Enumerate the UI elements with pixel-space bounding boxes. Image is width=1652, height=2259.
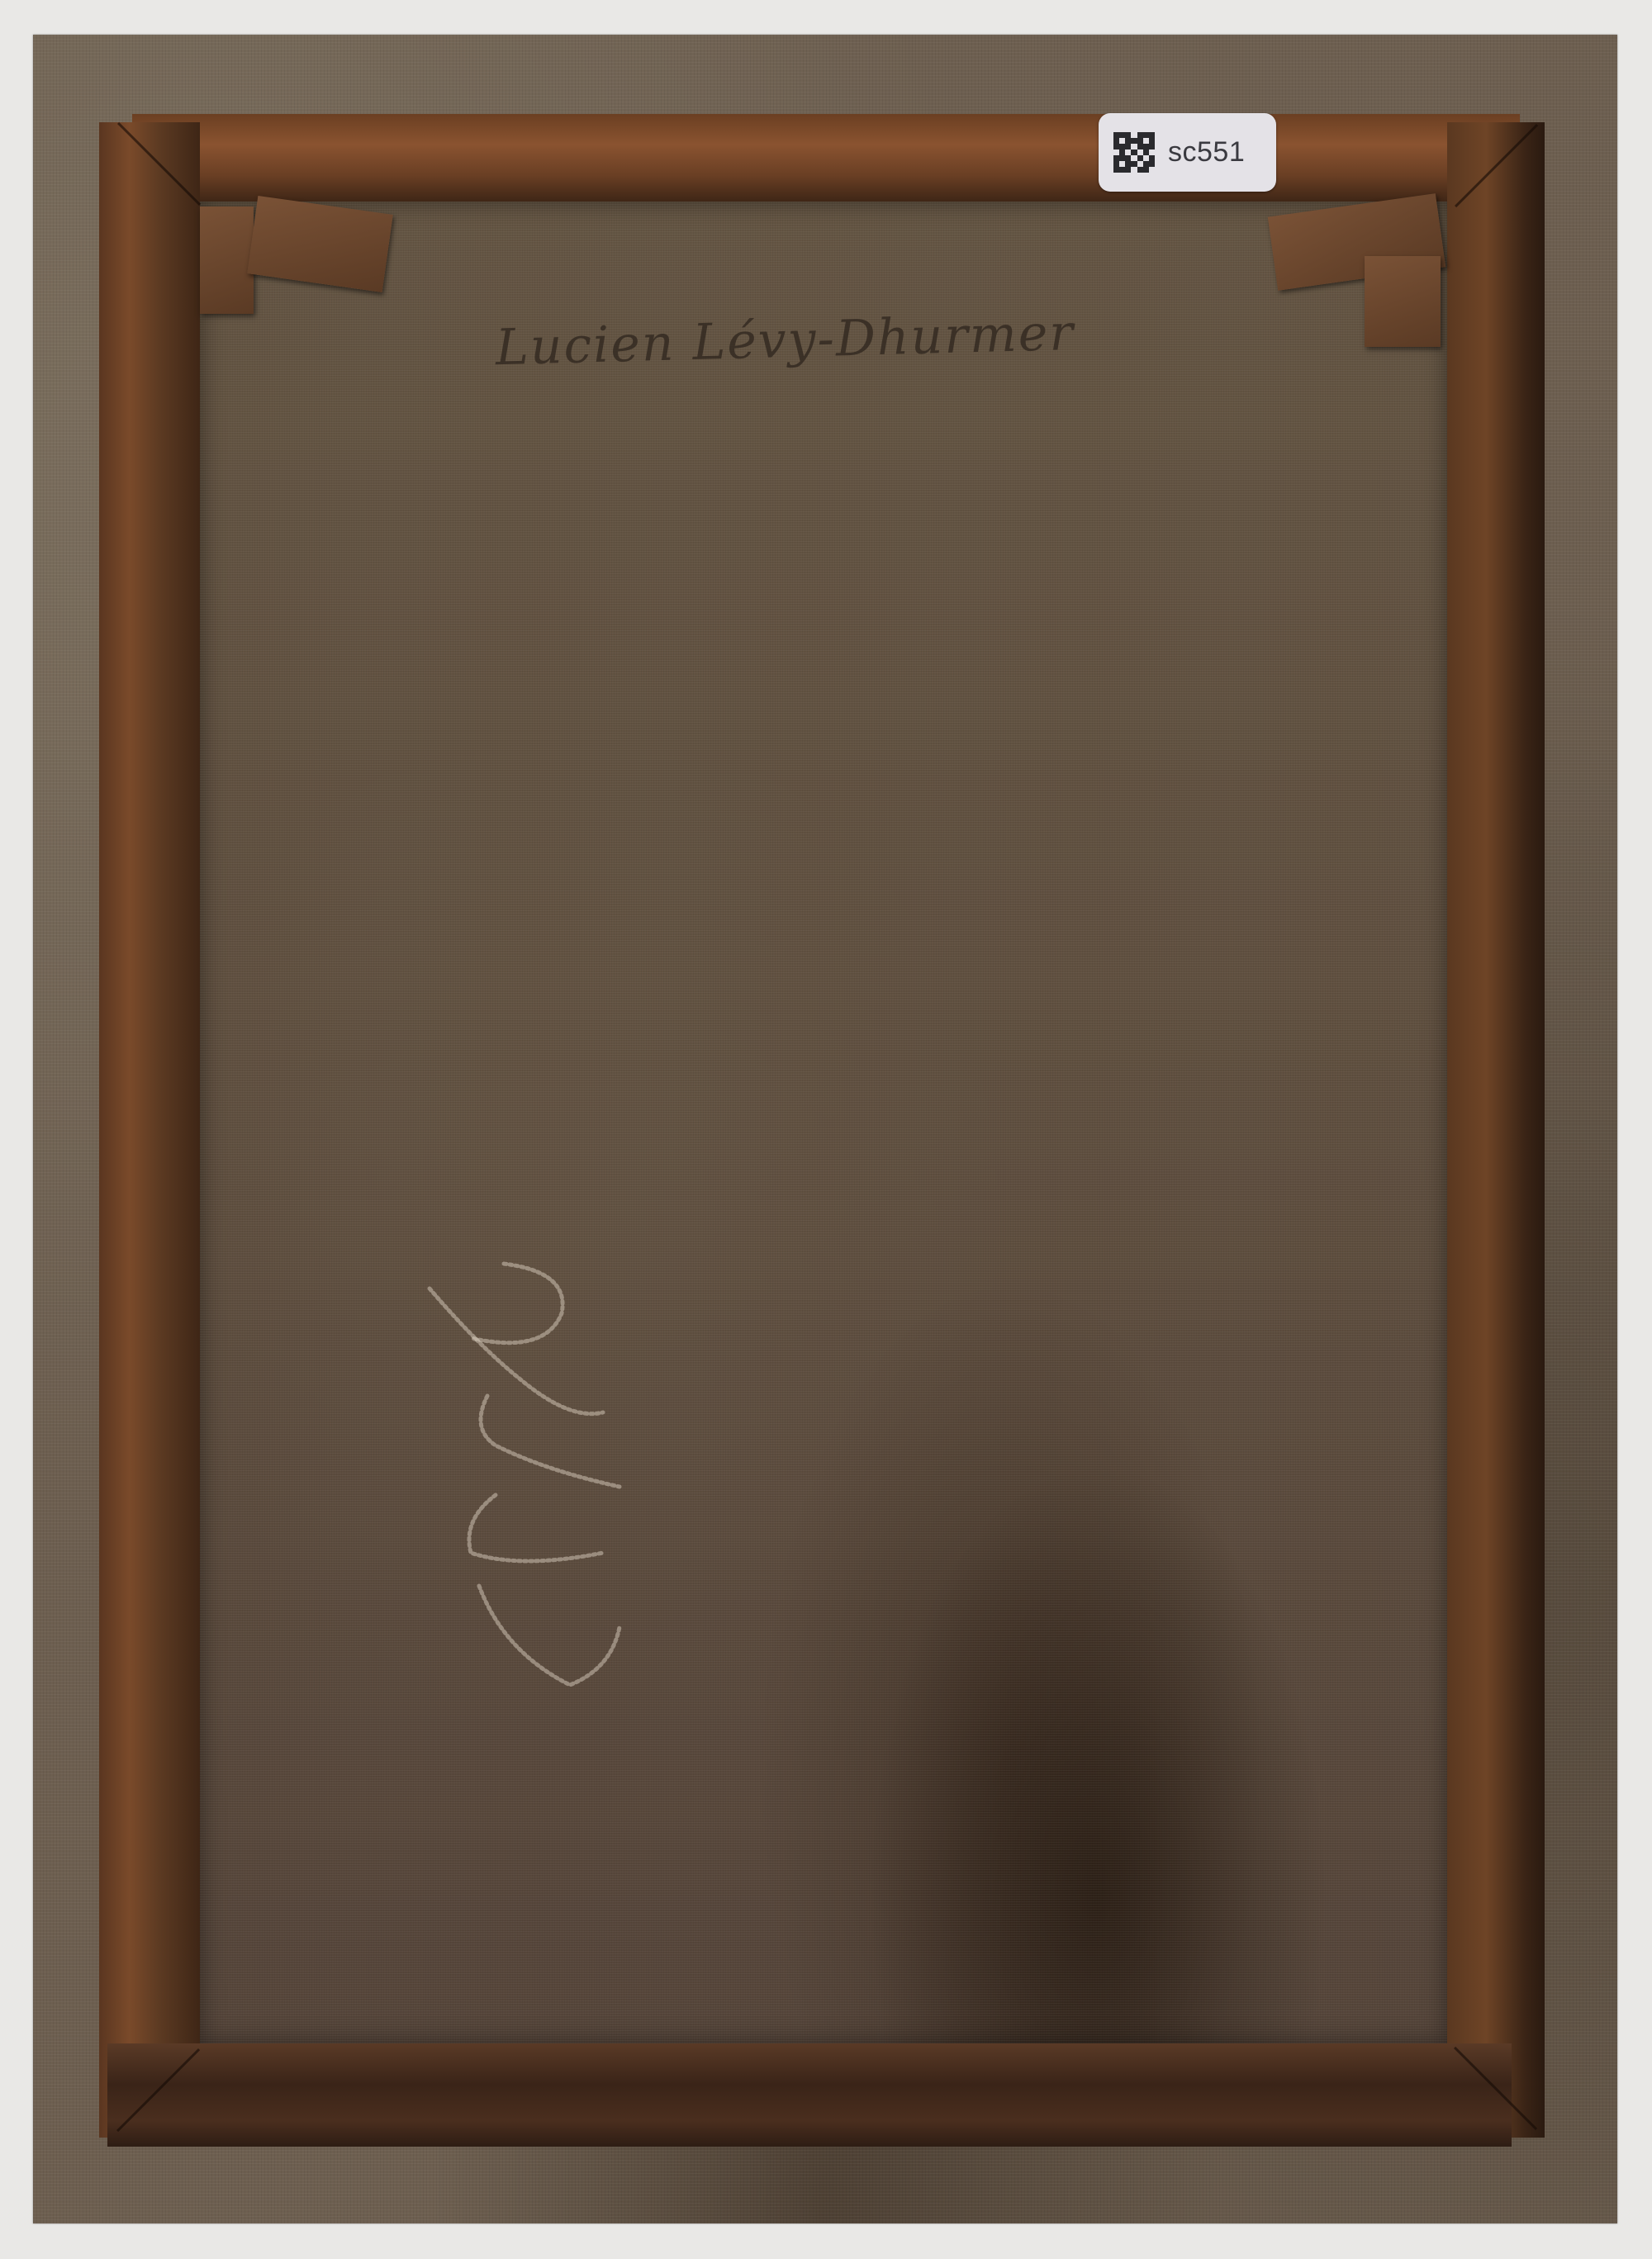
inventory-label: sc551 [1099,113,1276,192]
canvas-reverse [200,202,1447,2043]
stretcher-bar-left [99,122,200,2138]
stretcher-bar-bottom [107,2043,1512,2147]
inventory-number: sc551 [1168,136,1245,168]
qr-code-icon [1113,132,1155,173]
corner-key-top-left-vertical [200,206,254,314]
corner-key-top-right-vertical [1365,256,1441,347]
stretcher-bar-top [132,114,1520,202]
chalk-mark [405,1239,677,1751]
stretcher-bar-right [1447,122,1545,2138]
